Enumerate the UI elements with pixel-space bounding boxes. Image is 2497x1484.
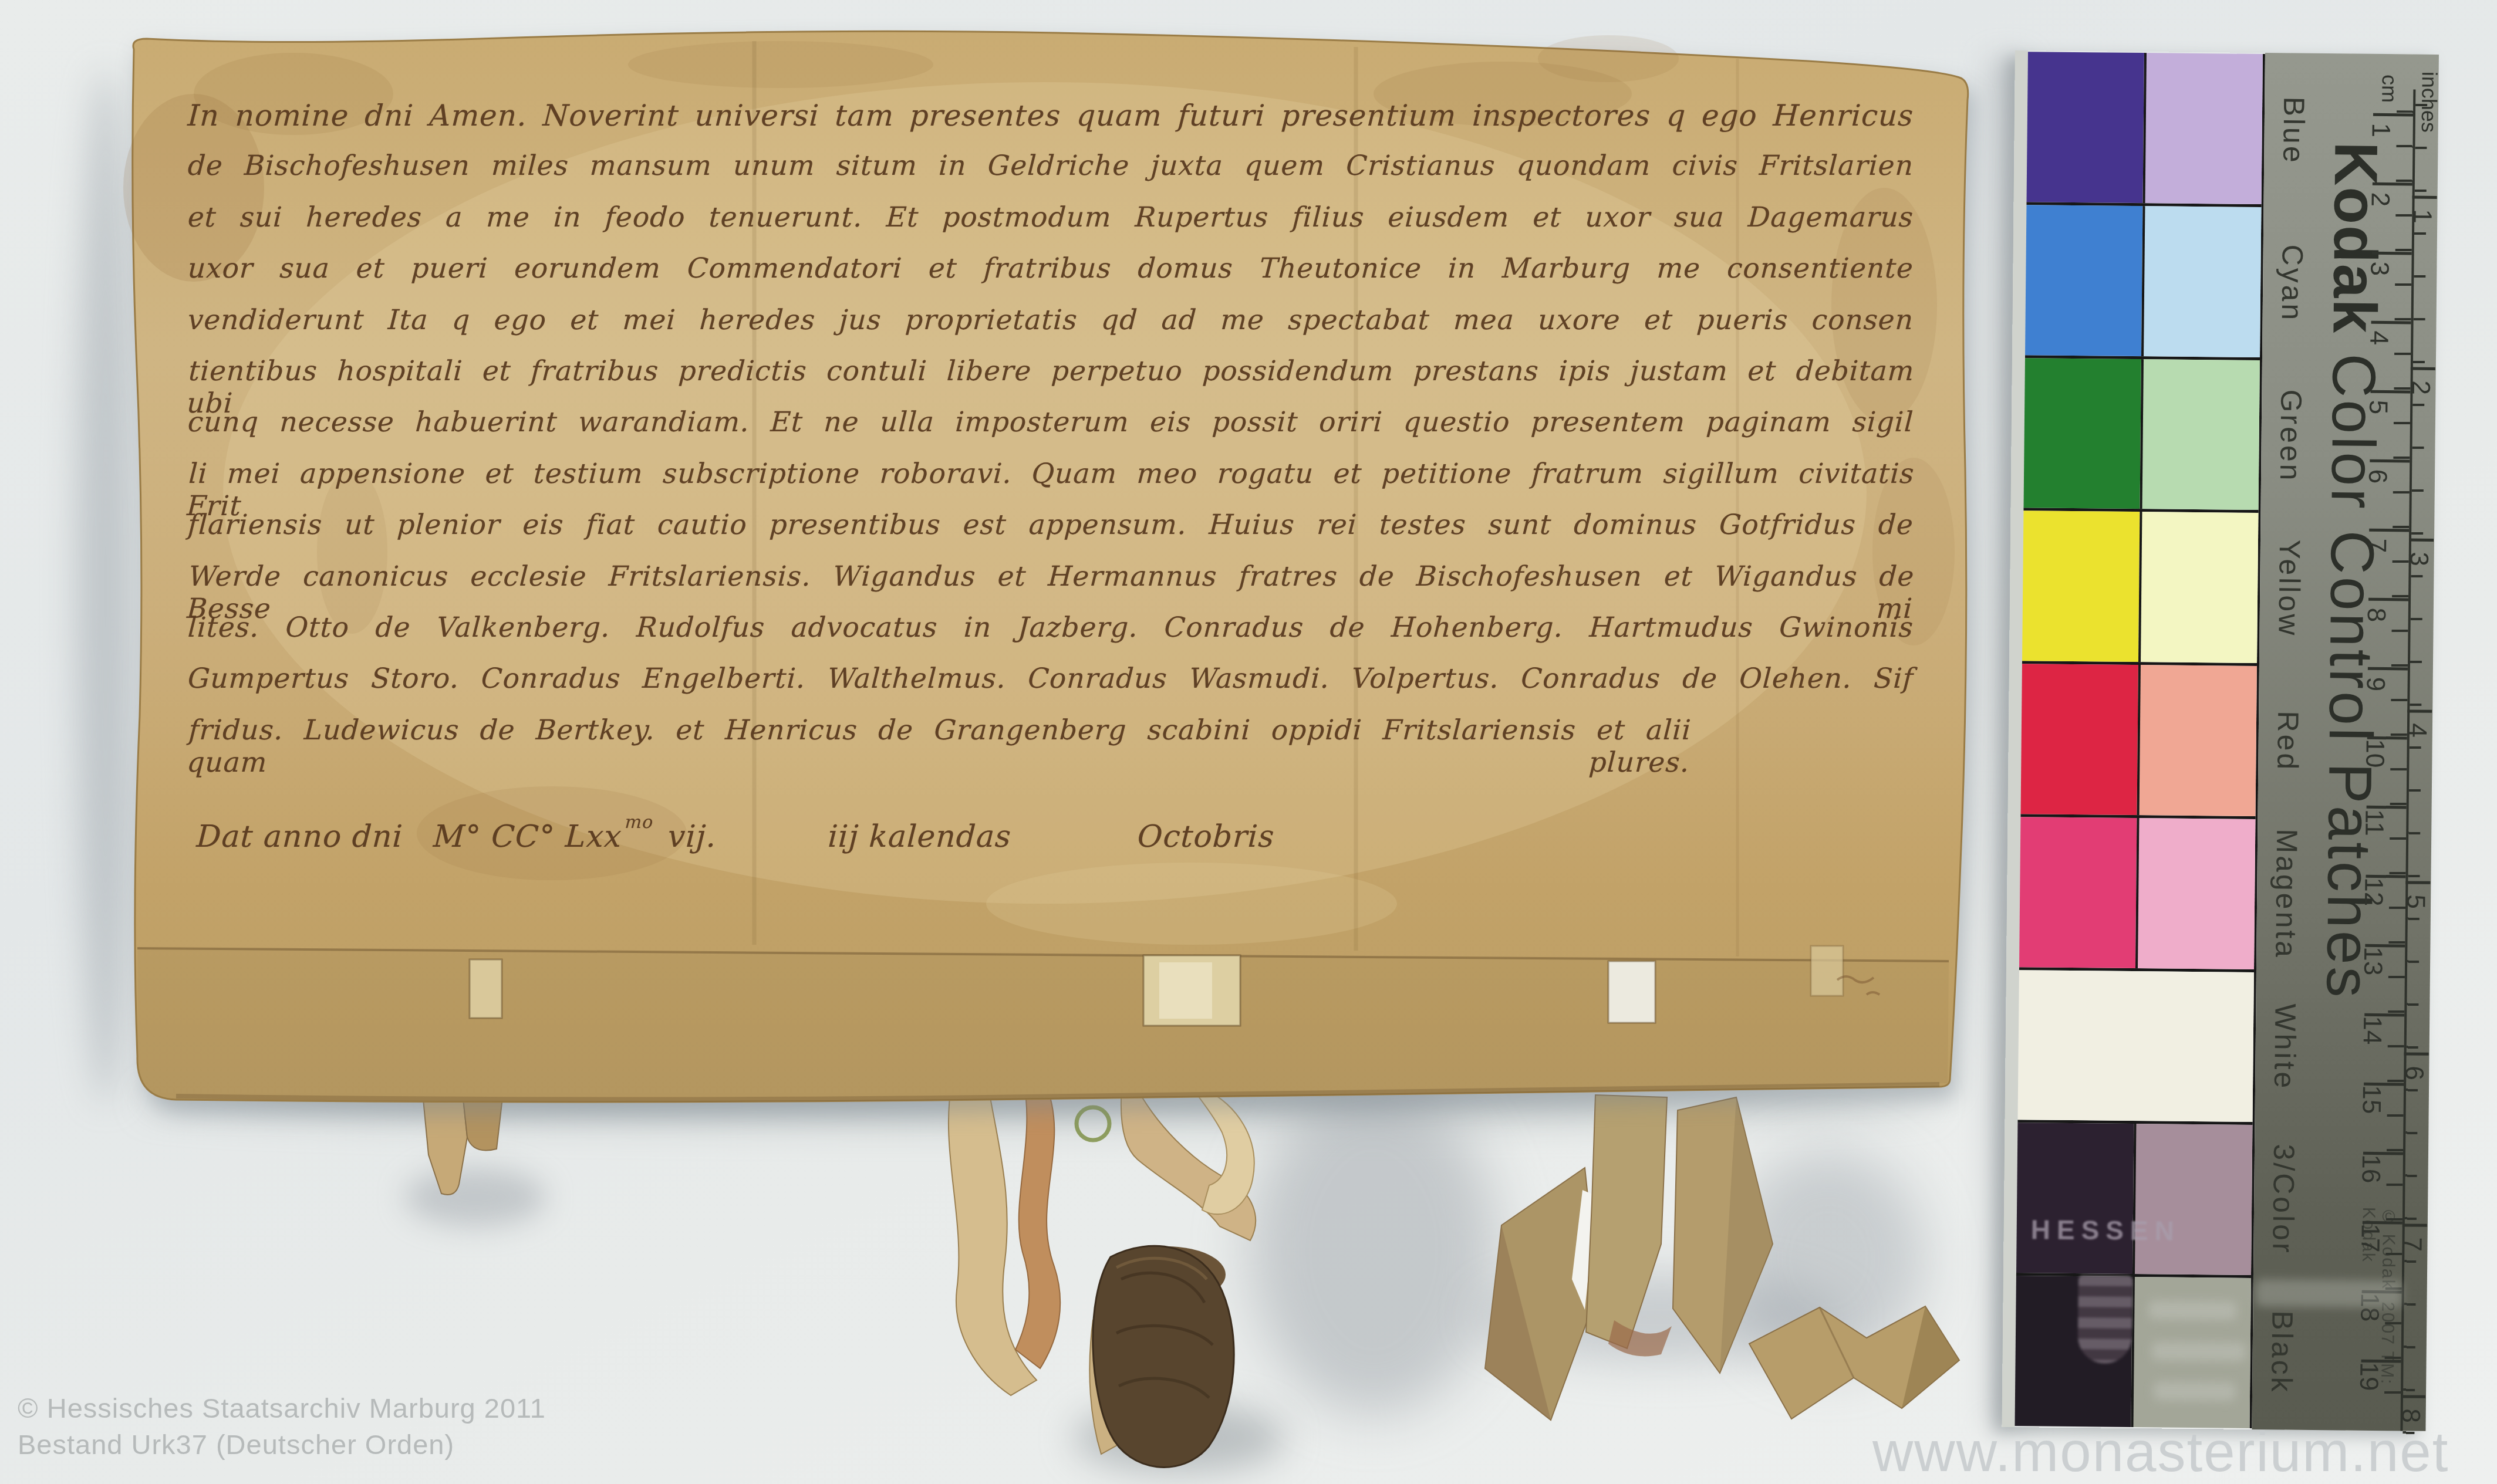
cm-number-3: 3 bbox=[2364, 251, 2394, 286]
cm-number-5: 5 bbox=[2363, 390, 2393, 425]
cm-number-12: 12 bbox=[2358, 874, 2388, 910]
patch-label-cyan: Cyan bbox=[2275, 244, 2310, 322]
manuscript-line-12: Gumpertus Storo. Conradus Engelberti. Wa… bbox=[187, 662, 1915, 695]
plica-slit-right bbox=[1608, 961, 1655, 1023]
manuscript-line-1: In nomine dni Amen. Noverint universi ta… bbox=[187, 99, 1914, 133]
patch-blue bbox=[2027, 52, 2144, 203]
dating-superscript: mo bbox=[625, 812, 654, 833]
manuscript-line-7: cunq necesse habuerint warandiam. Et ne … bbox=[187, 406, 1915, 438]
patch-row-3-color bbox=[2016, 1123, 2252, 1279]
manuscript-line-13: fridus. Ludewicus de Bertkey. et Henricu… bbox=[186, 714, 1692, 779]
patch-label-cell-red: Red bbox=[2262, 665, 2313, 818]
patch-label-cell-3-color: 3/Color bbox=[2258, 1123, 2309, 1276]
cm-number-14: 14 bbox=[2357, 1013, 2387, 1048]
manuscript-line-3: et sui heredes a me in feodo tenuerunt. … bbox=[187, 201, 1915, 234]
patch-label-cell-green: Green bbox=[2265, 360, 2316, 513]
patch-row-green bbox=[2023, 358, 2259, 513]
hessen-lion-crest bbox=[2078, 1275, 2132, 1364]
hessen-archive-watermark: HESSEN bbox=[2030, 1213, 2181, 1246]
dating-day: iij kalendas bbox=[827, 819, 1012, 854]
plica-fold bbox=[137, 948, 1949, 1102]
archive-watermark-blob bbox=[2255, 1279, 2402, 1307]
patch-3-color bbox=[2016, 1123, 2134, 1275]
archive-watermark-blob bbox=[2148, 1300, 2236, 1320]
cm-number-17: 17 bbox=[2355, 1221, 2385, 1256]
patch-row-blue bbox=[2026, 52, 2262, 207]
cm-number-10: 10 bbox=[2360, 736, 2390, 771]
patch-tint-red bbox=[2137, 665, 2257, 816]
cm-unit-label: cm bbox=[2377, 75, 2401, 103]
patch-tint-magenta bbox=[2135, 818, 2255, 969]
patch-labels: BlueCyanGreenYellowRedMagentaWhite3/Colo… bbox=[2256, 54, 2319, 1429]
inch-number-3: 3 bbox=[2404, 541, 2434, 576]
patch-tint-blue bbox=[2143, 53, 2263, 204]
patch-label-cell-magenta: Magenta bbox=[2261, 817, 2312, 971]
patch-tint-green bbox=[2140, 359, 2260, 511]
patch-label-cell-cyan: Cyan bbox=[2267, 207, 2317, 360]
cm-number-11: 11 bbox=[2359, 805, 2389, 840]
cm-number-2: 2 bbox=[2365, 182, 2395, 217]
manuscript-line-5: vendiderunt Ita q ego et mei heredes jus… bbox=[187, 304, 1915, 336]
patch-label-cell-yellow: Yellow bbox=[2264, 512, 2314, 665]
patch-row-cyan bbox=[2025, 205, 2261, 360]
patch-label-white: White bbox=[2267, 1003, 2302, 1090]
cm-number-13: 13 bbox=[2358, 944, 2388, 979]
archival-photo-stage: In nomine dni Amen. Noverint universi ta… bbox=[0, 0, 2497, 1484]
archive-watermark-blob bbox=[2152, 1341, 2246, 1361]
cm-number-6: 6 bbox=[2363, 459, 2393, 494]
cm-number-19: 19 bbox=[2354, 1359, 2384, 1394]
monasterium-watermark: www.monasterium.net bbox=[1872, 1420, 2449, 1484]
manuscript-line-11: lites. Otto de Valkenberg. Rudolfus advo… bbox=[187, 611, 1915, 644]
kodak-color-control-card: BlueCyanGreenYellowRedMagentaWhite3/Colo… bbox=[2002, 50, 2438, 1431]
manuscript-line-9: flariensis ut plenior eis fiat cautio pr… bbox=[187, 509, 1915, 541]
right-seal-tags bbox=[1485, 1095, 1959, 1420]
patch-green bbox=[2024, 358, 2141, 509]
manuscript-line-4: uxor sua et pueri eorundem Commendatori … bbox=[187, 252, 1915, 285]
inch-number-4: 4 bbox=[2402, 712, 2432, 748]
manuscript-line-2: de Bischofeshusen miles mansum unum situ… bbox=[187, 150, 1915, 182]
patch-tint-3-color bbox=[2132, 1124, 2252, 1275]
cm-number-16: 16 bbox=[2356, 1151, 2385, 1186]
patch-label-blue: Blue bbox=[2276, 96, 2311, 165]
patch-label-magenta: Magenta bbox=[2269, 829, 2304, 959]
seal-fragment bbox=[1093, 1246, 1234, 1467]
dating-prefix: Dat anno dni bbox=[195, 819, 404, 854]
manuscript-dating-line: Dat anno dni M° CC° Lxx mo vij. iij kale… bbox=[195, 819, 1275, 854]
patch-cyan bbox=[2025, 205, 2142, 356]
patch-magenta bbox=[2019, 817, 2137, 968]
patch-label-green: Green bbox=[2273, 389, 2309, 483]
archive-watermark-blob bbox=[2154, 1381, 2236, 1401]
inch-number-7: 7 bbox=[2397, 1226, 2427, 1262]
middle-seal-tags bbox=[949, 1081, 1256, 1467]
patch-tint-cyan bbox=[2141, 206, 2261, 357]
card-gray-strip: BlueCyanGreenYellowRedMagentaWhite3/Colo… bbox=[2252, 53, 2439, 1431]
cm-number-1: 1 bbox=[2366, 113, 2395, 148]
patch-white bbox=[2018, 970, 2254, 1123]
patch-row-magenta bbox=[2019, 817, 2255, 972]
patch-red bbox=[2021, 664, 2138, 815]
dating-year: M° CC° Lxx bbox=[433, 819, 623, 854]
kodak-wordmark: Kodak bbox=[2320, 141, 2390, 334]
inch-number-5: 5 bbox=[2401, 884, 2431, 919]
patch-row-red bbox=[2020, 664, 2256, 819]
patch-label-3-color: 3/Color bbox=[2266, 1144, 2301, 1255]
patch-label-red: Red bbox=[2270, 711, 2305, 772]
plica-slit-left bbox=[470, 959, 502, 1018]
cm-number-9: 9 bbox=[2360, 667, 2390, 702]
archive-credit-line-2: Bestand Urk37 (Deutscher Orden) bbox=[18, 1428, 454, 1461]
patch-yellow bbox=[2022, 511, 2140, 662]
cm-number-15: 15 bbox=[2357, 1082, 2387, 1117]
inch-number-1: 1 bbox=[2407, 198, 2437, 234]
dating-number: vij. bbox=[667, 819, 717, 854]
plica-slit-far-right bbox=[1811, 946, 1843, 996]
patch-row-white bbox=[2017, 970, 2253, 1125]
cm-number-8: 8 bbox=[2361, 597, 2391, 633]
patch-label-yellow: Yellow bbox=[2272, 540, 2307, 638]
inches-unit-label: inches bbox=[2417, 72, 2442, 133]
patch-label-black: Black bbox=[2265, 1310, 2299, 1394]
patch-label-cell-blue: Blue bbox=[2268, 54, 2319, 207]
patch-label-cell-white: White bbox=[2259, 970, 2310, 1123]
inch-number-2: 2 bbox=[2405, 370, 2435, 405]
cm-number-4: 4 bbox=[2364, 320, 2394, 356]
inch-number-6: 6 bbox=[2399, 1055, 2429, 1090]
patch-row-yellow bbox=[2022, 511, 2258, 667]
dating-month: Octobris bbox=[1136, 819, 1276, 854]
archive-credit-line-1: © Hessisches Staatsarchiv Marburg 2011 bbox=[18, 1392, 546, 1424]
seal-tags bbox=[352, 1068, 1972, 1484]
patch-tint-yellow bbox=[2138, 512, 2258, 663]
cm-number-7: 7 bbox=[2362, 528, 2392, 563]
